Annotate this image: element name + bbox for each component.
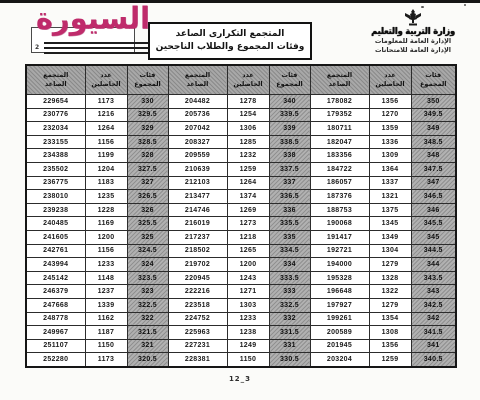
- table-cell: 347: [411, 176, 456, 190]
- table-cell: 349: [411, 122, 456, 136]
- table-cell: 341.5: [411, 326, 456, 340]
- column-header: عددالحاصلين: [227, 65, 269, 95]
- eagle-emblem-icon: [402, 8, 424, 28]
- column-header: المتجمعالصاعد: [310, 65, 369, 95]
- table-cell: 344: [411, 258, 456, 272]
- table-cell: 329.5: [127, 108, 168, 122]
- table-cell: 233155: [26, 135, 85, 149]
- table-cell: 191417: [310, 230, 369, 244]
- table-row: 2331551156328.52083271285338.51820471336…: [26, 135, 456, 149]
- table-cell: 349.5: [411, 108, 456, 122]
- table-cell: 326: [127, 203, 168, 217]
- table-cell: 207042: [168, 122, 227, 136]
- table-cell: 347.5: [411, 162, 456, 176]
- table-cell: 1200: [85, 230, 127, 244]
- table-row: 2451421148323.52209451243333.51953281328…: [26, 271, 456, 285]
- table-cell: 213477: [168, 190, 227, 204]
- table-cell: 192721: [310, 244, 369, 258]
- table-cell: 1309: [369, 149, 411, 163]
- table-cell: 178082: [310, 95, 369, 109]
- table-cell: 1359: [369, 122, 411, 136]
- table-cell: 242761: [26, 244, 85, 258]
- table-cell: 219702: [168, 258, 227, 272]
- table-cell: 228381: [168, 353, 227, 367]
- department-line-2: الإدارة العامة للامتحانات: [352, 46, 474, 55]
- table-cell: 230776: [26, 108, 85, 122]
- table-cell: 1243: [227, 271, 269, 285]
- table-cell: 1270: [369, 108, 411, 122]
- table-cell: 1322: [369, 285, 411, 299]
- table-cell: 1271: [227, 285, 269, 299]
- column-header: عددالحاصلين: [369, 65, 411, 95]
- table-cell: 331.5: [269, 326, 310, 340]
- table-row: 2476681339322.52235181303332.51979271279…: [26, 298, 456, 312]
- table-cell: 333.5: [269, 271, 310, 285]
- table-cell: 222216: [168, 285, 227, 299]
- table-cell: 239238: [26, 203, 85, 217]
- table-row: 2522801173320.52283811150330.52032041259…: [26, 353, 456, 367]
- table-cell: 1306: [227, 122, 269, 136]
- table-cell: 1156: [85, 244, 127, 258]
- table-cell: 1187: [85, 326, 127, 340]
- table-cell: 1308: [369, 326, 411, 340]
- table-cell: 1279: [369, 298, 411, 312]
- table-cell: 224752: [168, 312, 227, 326]
- table-cell: 1356: [369, 95, 411, 109]
- table-cell: 1303: [227, 298, 269, 312]
- table-cell: 346: [411, 203, 456, 217]
- table-cell: 1339: [85, 298, 127, 312]
- table-cell: 182047: [310, 135, 369, 149]
- table-cell: 199261: [310, 312, 369, 326]
- page-number: 12_3: [212, 375, 268, 383]
- table-cell: 335.5: [269, 217, 310, 231]
- table-cell: 1304: [369, 244, 411, 258]
- table-cell: 327.5: [127, 162, 168, 176]
- table-cell: 1259: [227, 162, 269, 176]
- table-cell: 197927: [310, 298, 369, 312]
- table-cell: 350: [411, 95, 456, 109]
- table-cell: 320.5: [127, 353, 168, 367]
- table-cell: 348: [411, 149, 456, 163]
- scan-speck: [464, 4, 466, 6]
- table-cell: 180711: [310, 122, 369, 136]
- table-cell: 331: [269, 339, 310, 353]
- table-cell: 218502: [168, 244, 227, 258]
- table-cell: 1173: [85, 95, 127, 109]
- table-row: 239238122832621474612693361887531375346: [26, 203, 456, 217]
- table-cell: 345: [411, 230, 456, 244]
- table-cell: 183356: [310, 149, 369, 163]
- table-cell: 346.5: [411, 190, 456, 204]
- table-cell: 339.5: [269, 108, 310, 122]
- scanned-page: 2 السيورة المتجمع التكرارى الصاعد وفئات …: [0, 0, 480, 400]
- title-line-2: وفئات المجموع والطلاب الناجحين: [150, 41, 310, 54]
- table-cell: 232034: [26, 122, 85, 136]
- table-cell: 1249: [227, 339, 269, 353]
- table-cell: 1233: [85, 258, 127, 272]
- logo-box-digit: 2: [35, 44, 39, 51]
- table-cell: 1183: [85, 176, 127, 190]
- table-cell: 1278: [227, 95, 269, 109]
- table-row: 241605120032521723712183351914171349345: [26, 230, 456, 244]
- table-cell: 322.5: [127, 298, 168, 312]
- table-cell: 184722: [310, 162, 369, 176]
- table-cell: 332: [269, 312, 310, 326]
- table-row: 2499671187321.52259631238331.52005891308…: [26, 326, 456, 340]
- table-cell: 212103: [168, 176, 227, 190]
- table-cell: 1354: [369, 312, 411, 326]
- table-cell: 203204: [310, 353, 369, 367]
- table-cell: 1264: [227, 176, 269, 190]
- table-cell: 1254: [227, 108, 269, 122]
- table-cell: 1269: [227, 203, 269, 217]
- table-cell: 220945: [168, 271, 227, 285]
- newspaper-logo-text: السيورة: [44, 3, 150, 33]
- table-row: 2355021204327.52106391259337.51847221364…: [26, 162, 456, 176]
- table-cell: 1148: [85, 271, 127, 285]
- table-cell: 1150: [85, 339, 127, 353]
- table-cell: 1238: [227, 326, 269, 340]
- table-cell: 1356: [369, 339, 411, 353]
- table-cell: 217237: [168, 230, 227, 244]
- table-cell: 325: [127, 230, 168, 244]
- table-cell: 252280: [26, 353, 85, 367]
- table-cell: 321.5: [127, 326, 168, 340]
- table-cell: 1169: [85, 217, 127, 231]
- table-cell: 341: [411, 339, 456, 353]
- table-cell: 325.5: [127, 217, 168, 231]
- table-cell: 209559: [168, 149, 227, 163]
- column-header: فئاتالمجموع: [269, 65, 310, 95]
- table-cell: 1173: [85, 353, 127, 367]
- table-cell: 342: [411, 312, 456, 326]
- table-cell: 322: [127, 312, 168, 326]
- table-cell: 336.5: [269, 190, 310, 204]
- table-cell: 225963: [168, 326, 227, 340]
- table-cell: 195328: [310, 271, 369, 285]
- table-cell: 328: [127, 149, 168, 163]
- table-cell: 1162: [85, 312, 127, 326]
- table-row: 2307761216329.52057361254339.51793521270…: [26, 108, 456, 122]
- ministry-emblem-block: وزارة التربية والتعليم الإدارة العامة لل…: [352, 8, 474, 66]
- table-cell: 324.5: [127, 244, 168, 258]
- table-cell: 186057: [310, 176, 369, 190]
- table-cell: 245142: [26, 271, 85, 285]
- table-cell: 210639: [168, 162, 227, 176]
- table-cell: 214746: [168, 203, 227, 217]
- newspaper-logo: 2 السيورة: [30, 4, 150, 58]
- table-cell: 1156: [85, 135, 127, 149]
- table-cell: 208327: [168, 135, 227, 149]
- table-cell: 1228: [85, 203, 127, 217]
- table-cell: 200589: [310, 326, 369, 340]
- scan-strike-line: [44, 47, 148, 49]
- table-cell: 335: [269, 230, 310, 244]
- table-cell: 236775: [26, 176, 85, 190]
- table-cell: 1200: [227, 258, 269, 272]
- table-cell: 235502: [26, 162, 85, 176]
- table-row: 251107115032122723112493312019451356341: [26, 339, 456, 353]
- table-cell: 190068: [310, 217, 369, 231]
- table-row: 246379123732322221612713331966481322343: [26, 285, 456, 299]
- table-cell: 342.5: [411, 298, 456, 312]
- table-cell: 1279: [369, 258, 411, 272]
- table-cell: 1375: [369, 203, 411, 217]
- table-cell: 1285: [227, 135, 269, 149]
- table-cell: 1232: [227, 149, 269, 163]
- table-cell: 334.5: [269, 244, 310, 258]
- table-cell: 179352: [310, 108, 369, 122]
- table-cell: 216019: [168, 217, 227, 231]
- table-row: 2404851169325.52160191273335.51900681345…: [26, 217, 456, 231]
- column-header: المتجمعالصاعد: [168, 65, 227, 95]
- table-cell: 234388: [26, 149, 85, 163]
- table-cell: 330: [127, 95, 168, 109]
- table-cell: 343.5: [411, 271, 456, 285]
- table-cell: 1150: [227, 353, 269, 367]
- table-cell: 332.5: [269, 298, 310, 312]
- table-cell: 1374: [227, 190, 269, 204]
- table-cell: 324: [127, 258, 168, 272]
- table-cell: 229654: [26, 95, 85, 109]
- table-cell: 248778: [26, 312, 85, 326]
- table-cell: 1264: [85, 122, 127, 136]
- table-cell: 201945: [310, 339, 369, 353]
- table-cell: 187376: [310, 190, 369, 204]
- table-cell: 340.5: [411, 353, 456, 367]
- table-cell: 1204: [85, 162, 127, 176]
- table-cell: 240485: [26, 217, 85, 231]
- table-cell: 246379: [26, 285, 85, 299]
- table-cell: 1216: [85, 108, 127, 122]
- table-cell: 1259: [369, 353, 411, 367]
- table-cell: 339: [269, 122, 310, 136]
- table-cell: 188753: [310, 203, 369, 217]
- table-cell: 327: [127, 176, 168, 190]
- table-cell: 251107: [26, 339, 85, 353]
- table-cell: 344.5: [411, 244, 456, 258]
- table-cell: 1364: [369, 162, 411, 176]
- scan-speck: [421, 6, 424, 8]
- table-cell: 1336: [369, 135, 411, 149]
- column-header: فئاتالمجموع: [411, 65, 456, 95]
- table-cell: 238010: [26, 190, 85, 204]
- table-cell: 323.5: [127, 271, 168, 285]
- table-row: 2427611156324.52185021265334.51927211304…: [26, 244, 456, 258]
- scan-strike-line: [44, 52, 148, 54]
- table-cell: 334: [269, 258, 310, 272]
- table-cell: 340: [269, 95, 310, 109]
- table-cell: 338: [269, 149, 310, 163]
- table-row: 243994123332421970212003341940001279344: [26, 258, 456, 272]
- table-cell: 205736: [168, 108, 227, 122]
- table-cell: 330.5: [269, 353, 310, 367]
- table-cell: 333: [269, 285, 310, 299]
- table-cell: 249967: [26, 326, 85, 340]
- table-cell: 247668: [26, 298, 85, 312]
- column-header: المتجمعالصاعد: [26, 65, 85, 95]
- table-cell: 1235: [85, 190, 127, 204]
- table-cell: 1237: [85, 285, 127, 299]
- table-cell: 1328: [369, 271, 411, 285]
- table-cell: 337: [269, 176, 310, 190]
- table-cell: 323: [127, 285, 168, 299]
- table-cell: 1199: [85, 149, 127, 163]
- table-cell: 194000: [310, 258, 369, 272]
- table-cell: 345.5: [411, 217, 456, 231]
- ministry-name-text: وزارة التربية والتعليم: [352, 27, 474, 37]
- table-cell: 227231: [168, 339, 227, 353]
- department-line-1: الإدارة العامة للمعلومات: [352, 37, 474, 46]
- table-cell: 1218: [227, 230, 269, 244]
- table-cell: 243994: [26, 258, 85, 272]
- table-cell: 338.5: [269, 135, 310, 149]
- table-cell: 204482: [168, 95, 227, 109]
- table-row: 248778116232222475212333321992611354342: [26, 312, 456, 326]
- table-cell: 343: [411, 285, 456, 299]
- table-cell: 329: [127, 122, 168, 136]
- table-cell: 348.5: [411, 135, 456, 149]
- title-line-1: المتجمع التكرارى الصاعد: [150, 28, 310, 41]
- table-cell: 1265: [227, 244, 269, 258]
- table-cell: 1233: [227, 312, 269, 326]
- scan-strike-line: [44, 42, 148, 44]
- table-cell: 1273: [227, 217, 269, 231]
- column-header: فئاتالمجموع: [127, 65, 168, 95]
- table-cell: 241605: [26, 230, 85, 244]
- table-cell: 196648: [310, 285, 369, 299]
- table-row: 229654117333020448212783401780821356350: [26, 95, 456, 109]
- table-cell: 223518: [168, 298, 227, 312]
- table-cell: 326.5: [127, 190, 168, 204]
- column-header: عددالحاصلين: [85, 65, 127, 95]
- table-row: 2380101235326.52134771374336.51873761321…: [26, 190, 456, 204]
- table-cell: 336: [269, 203, 310, 217]
- table-row: 236775118332721210312643371860571337347: [26, 176, 456, 190]
- table-cell: 328.5: [127, 135, 168, 149]
- table-cell: 1321: [369, 190, 411, 204]
- table-row: 234388119932820955912323381833561309348: [26, 149, 456, 163]
- table-row: 232034126432920704213063391807111359349: [26, 122, 456, 136]
- table-cell: 321: [127, 339, 168, 353]
- table-cell: 1349: [369, 230, 411, 244]
- table-cell: 1345: [369, 217, 411, 231]
- table-cell: 1337: [369, 176, 411, 190]
- table-cell: 337.5: [269, 162, 310, 176]
- cumulative-frequency-table: المتجمعالصاعدعددالحاصلينفئاتالمجموعالمتج…: [25, 64, 457, 368]
- document-title-box: المتجمع التكرارى الصاعد وفئات المجموع وا…: [148, 22, 312, 60]
- table-header-row: المتجمعالصاعدعددالحاصلينفئاتالمجموعالمتج…: [26, 65, 456, 95]
